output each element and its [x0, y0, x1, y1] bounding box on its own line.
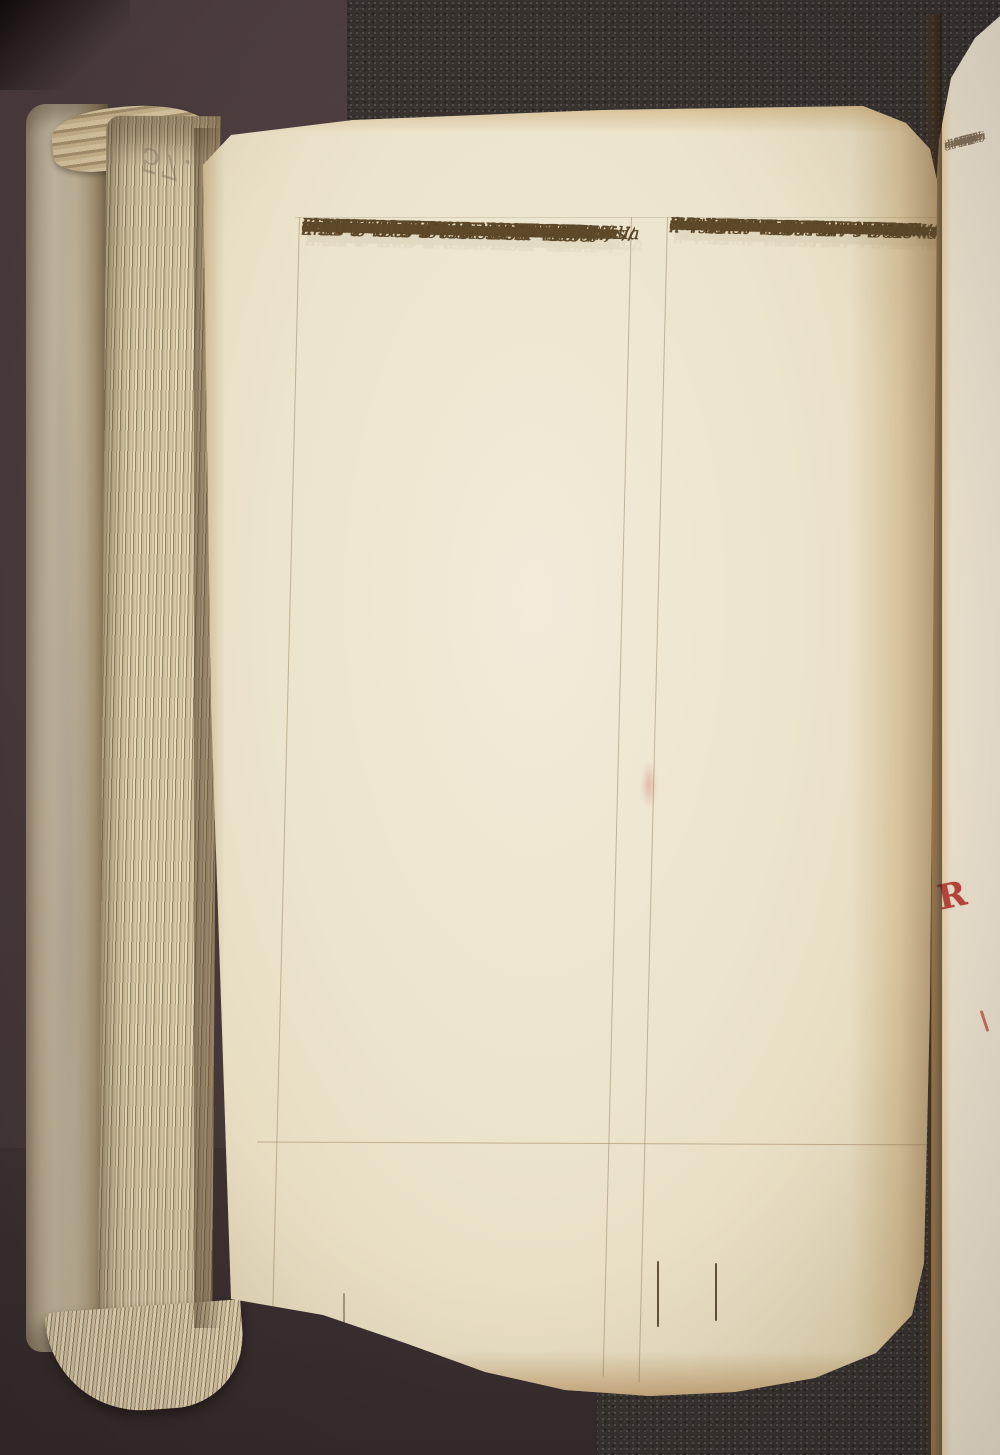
parchment-crack — [657, 1261, 659, 1327]
ruling-line-left — [271, 217, 300, 1345]
book-spine-cover — [26, 104, 108, 1352]
recto-text-column: um qat supns frcde illiq ibet cōʒ marat … — [941, 115, 1000, 1219]
ruling-line-intercolumn-left — [603, 217, 632, 1377]
corner-shadow — [0, 0, 130, 90]
parchment-crack — [715, 1263, 717, 1321]
manuscript-photograph: um qat supns frcde illiq ibet cōʒ marat … — [0, 0, 1000, 1455]
verso-page: pareti soboles magnarū fuit vgo //vtutib… — [203, 103, 940, 1405]
red-ink-smudge — [641, 761, 657, 809]
red-pen-mark — [980, 1010, 990, 1032]
ruling-line-bottom — [257, 1142, 939, 1146]
